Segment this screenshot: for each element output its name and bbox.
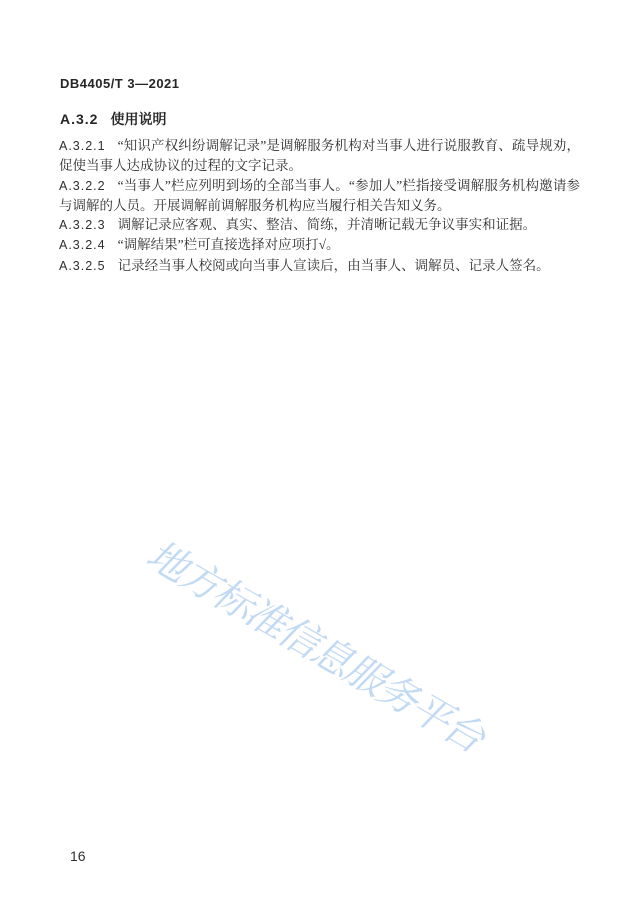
clause-paragraph: A.3.2.4“调解结果”栏可直接选择对应项打√。	[59, 235, 580, 255]
document-page: DB4405/T 3—2021 A.3.2使用说明 A.3.2.1“知识产权纠纷…	[0, 0, 636, 900]
page-number: 16	[70, 848, 86, 864]
section-number: A.3.2	[60, 111, 98, 127]
clause-paragraph: A.3.2.1“知识产权纠纷调解记录”是调解服务机构对当事人进行说服教育、疏导规…	[59, 136, 580, 176]
clause-paragraph: A.3.2.3调解记录应客观、真实、整洁、简练，并清晰记载无争议事实和证据。	[59, 215, 580, 235]
clause-text: “知识产权纠纷调解记录”是调解服务机构对当事人进行说服教育、疏导规劝，促使当事人…	[59, 138, 580, 173]
clause-number: A.3.2.1	[59, 139, 118, 153]
clause-number: A.3.2.2	[59, 179, 118, 193]
clause-list: A.3.2.1“知识产权纠纷调解记录”是调解服务机构对当事人进行说服教育、疏导规…	[59, 136, 580, 276]
clause-text: “调解结果”栏可直接选择对应项打√。	[118, 237, 340, 252]
section-heading: A.3.2使用说明	[60, 109, 166, 129]
clause-number: A.3.2.5	[59, 259, 118, 273]
document-code: DB4405/T 3—2021	[60, 76, 180, 91]
clause-text: 记录经当事人校阅或向当事人宣读后，由当事人、调解员、记录人签名。	[118, 258, 550, 273]
clause-text: 调解记录应客观、真实、整洁、简练，并清晰记载无争议事实和证据。	[118, 217, 537, 232]
watermark-text: 地方标准信息服务平台	[138, 524, 496, 763]
clause-number: A.3.2.3	[59, 218, 118, 232]
section-title: 使用说明	[110, 113, 166, 128]
clause-paragraph: A.3.2.2“当事人”栏应列明到场的全部当事人。“参加人”栏指接受调解服务机构…	[59, 176, 580, 216]
clause-number: A.3.2.4	[59, 238, 118, 252]
clause-text: “当事人”栏应列明到场的全部当事人。“参加人”栏指接受调解服务机构邀请参与调解的…	[59, 178, 580, 213]
clause-paragraph: A.3.2.5记录经当事人校阅或向当事人宣读后，由当事人、调解员、记录人签名。	[59, 256, 580, 276]
